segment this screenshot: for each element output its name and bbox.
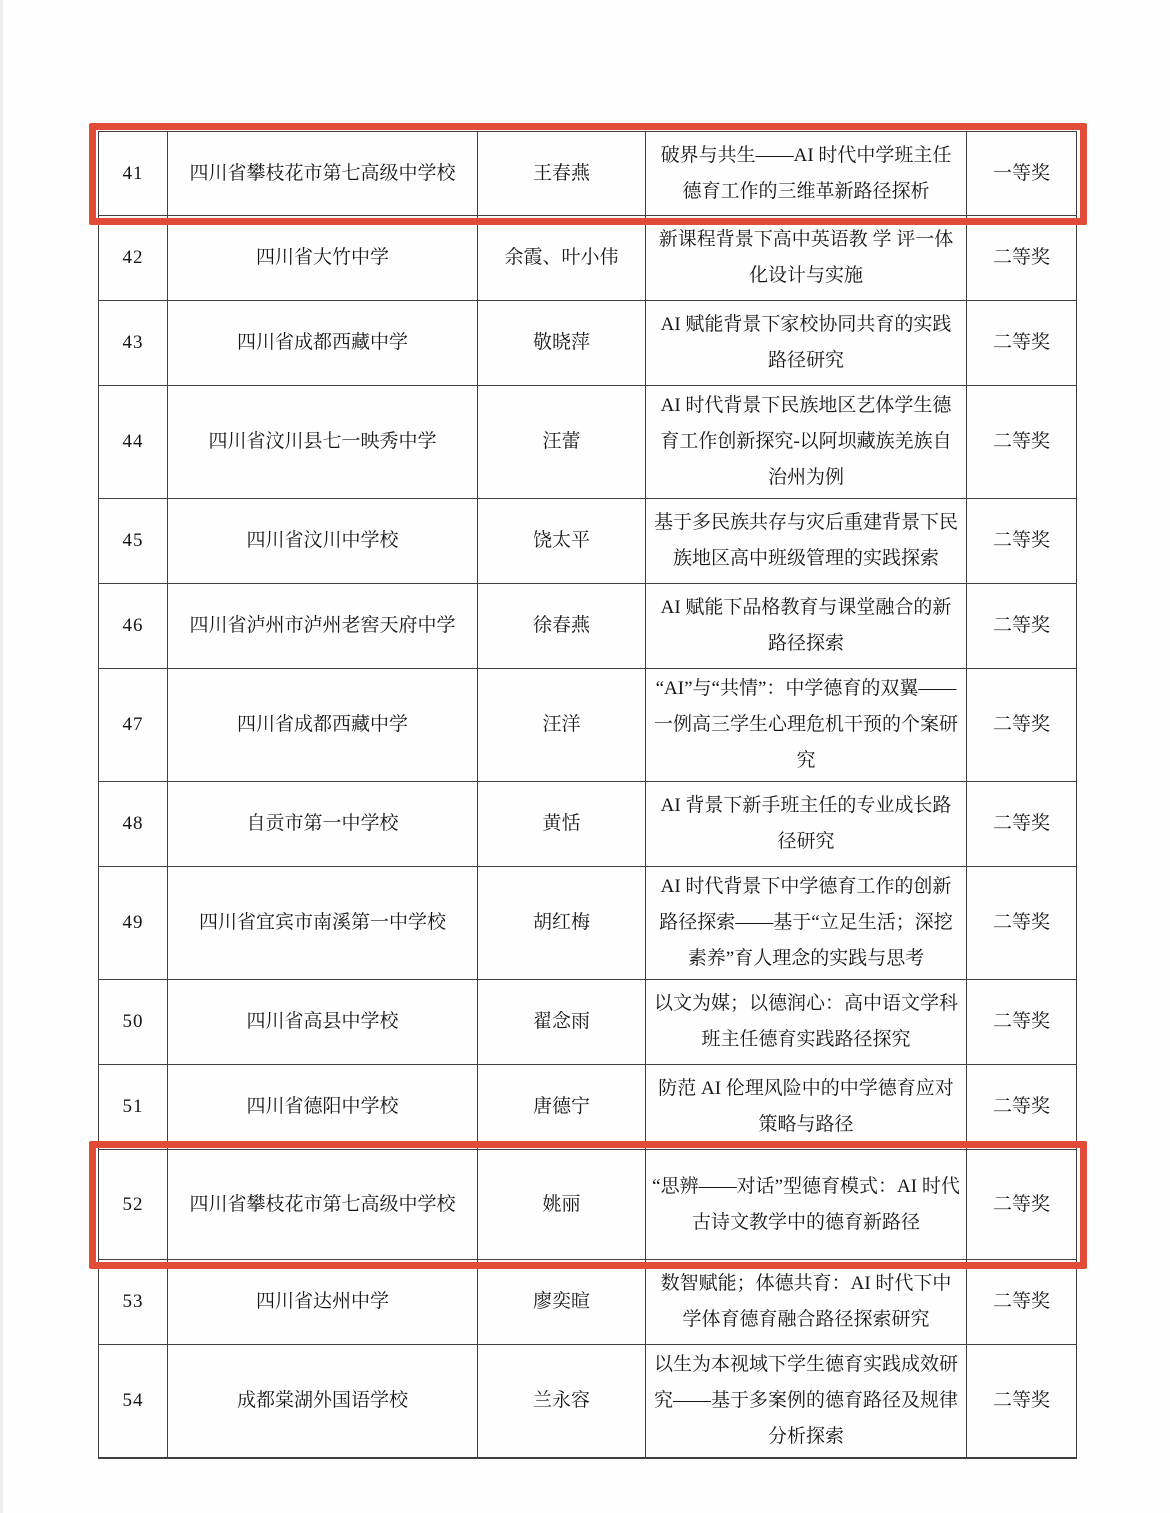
table-row: 52 四川省攀枝花市第七高级中学校 姚丽 “思辨——对话”型德育模式：AI 时代… xyxy=(99,1150,1077,1260)
cell-award: 二等奖 xyxy=(967,1150,1077,1260)
cell-award: 二等奖 xyxy=(967,1345,1077,1459)
cell-title: 基于多民族共存与灾后重建背景下民族地区高中班级管理的实践探索 xyxy=(646,499,967,584)
cell-author: 汪蕾 xyxy=(478,386,646,499)
cell-author: 姚丽 xyxy=(478,1150,646,1260)
cell-school: 自贡市第一中学校 xyxy=(168,782,478,867)
cell-school: 四川省达州中学 xyxy=(168,1260,478,1345)
cell-row-number: 47 xyxy=(99,669,168,782)
cell-award: 二等奖 xyxy=(967,584,1077,669)
cell-school: 四川省成都西藏中学 xyxy=(168,301,478,386)
cell-author: 廖奕暄 xyxy=(478,1260,646,1345)
cell-award: 二等奖 xyxy=(967,499,1077,584)
table-row: 43 四川省成都西藏中学 敬晓萍 AI 赋能背景下家校协同共育的实践路径研究 二… xyxy=(99,301,1077,386)
cell-school: 四川省汶川县七一映秀中学 xyxy=(168,386,478,499)
table-row: 44 四川省汶川县七一映秀中学 汪蕾 AI 时代背景下民族地区艺体学生德育工作创… xyxy=(99,386,1077,499)
page-edge-shadow xyxy=(0,0,3,1513)
cell-award: 二等奖 xyxy=(967,867,1077,980)
cell-author: 敬晓萍 xyxy=(478,301,646,386)
cell-award: 二等奖 xyxy=(967,980,1077,1065)
cell-award: 二等奖 xyxy=(967,1065,1077,1150)
cell-school: 四川省高县中学校 xyxy=(168,980,478,1065)
cell-award: 二等奖 xyxy=(967,1260,1077,1345)
cell-row-number: 53 xyxy=(99,1260,168,1345)
cell-award: 二等奖 xyxy=(967,216,1077,301)
cell-author: 余霞、叶小伟 xyxy=(478,216,646,301)
awards-table-wrap: 41 四川省攀枝花市第七高级中学校 王春燕 破界与共生——AI 时代中学班主任德… xyxy=(98,131,1076,1459)
cell-school: 四川省德阳中学校 xyxy=(168,1065,478,1150)
cell-school: 成都棠湖外国语学校 xyxy=(168,1345,478,1459)
cell-school: 四川省泸州市泸州老窖天府中学 xyxy=(168,584,478,669)
cell-school: 四川省宜宾市南溪第一中学校 xyxy=(168,867,478,980)
table-row: 45 四川省汶川中学校 饶太平 基于多民族共存与灾后重建背景下民族地区高中班级管… xyxy=(99,499,1077,584)
cell-award: 二等奖 xyxy=(967,669,1077,782)
cell-row-number: 52 xyxy=(99,1150,168,1260)
cell-row-number: 50 xyxy=(99,980,168,1065)
cell-row-number: 51 xyxy=(99,1065,168,1150)
table-row: 48 自贡市第一中学校 黄恬 AI 背景下新手班主任的专业成长路径研究 二等奖 xyxy=(99,782,1077,867)
cell-title: “AI”与“共情”：中学德育的双翼——一例高三学生心理危机干预的个案研究 xyxy=(646,669,967,782)
table-row: 49 四川省宜宾市南溪第一中学校 胡红梅 AI 时代背景下中学德育工作的创新路径… xyxy=(99,867,1077,980)
cell-author: 翟念雨 xyxy=(478,980,646,1065)
cell-title: AI 时代背景下中学德育工作的创新路径探索——基于“立足生活；深挖素养”育人理念… xyxy=(646,867,967,980)
cell-row-number: 54 xyxy=(99,1345,168,1459)
cell-school: 四川省攀枝花市第七高级中学校 xyxy=(168,132,478,216)
cell-title: 以文为媒；以德润心：高中语文学科班主任德育实践路径探究 xyxy=(646,980,967,1065)
cell-row-number: 45 xyxy=(99,499,168,584)
cell-school: 四川省汶川中学校 xyxy=(168,499,478,584)
cell-title: AI 赋能下品格教育与课堂融合的新路径探索 xyxy=(646,584,967,669)
cell-award: 二等奖 xyxy=(967,782,1077,867)
cell-title: AI 背景下新手班主任的专业成长路径研究 xyxy=(646,782,967,867)
table-row: 47 四川省成都西藏中学 汪洋 “AI”与“共情”：中学德育的双翼——一例高三学… xyxy=(99,669,1077,782)
cell-school: 四川省攀枝花市第七高级中学校 xyxy=(168,1150,478,1260)
cell-row-number: 43 xyxy=(99,301,168,386)
cell-row-number: 48 xyxy=(99,782,168,867)
table-row: 54 成都棠湖外国语学校 兰永容 以生为本视域下学生德育实践成效研究——基于多案… xyxy=(99,1345,1077,1459)
table-row: 46 四川省泸州市泸州老窖天府中学 徐春燕 AI 赋能下品格教育与课堂融合的新路… xyxy=(99,584,1077,669)
awards-table-body: 41 四川省攀枝花市第七高级中学校 王春燕 破界与共生——AI 时代中学班主任德… xyxy=(99,132,1077,1459)
cell-school: 四川省大竹中学 xyxy=(168,216,478,301)
cell-row-number: 44 xyxy=(99,386,168,499)
table-row: 51 四川省德阳中学校 唐德宁 防范 AI 伦理风险中的中学德育应对策略与路径 … xyxy=(99,1065,1077,1150)
cell-author: 黄恬 xyxy=(478,782,646,867)
cell-row-number: 46 xyxy=(99,584,168,669)
cell-title: 防范 AI 伦理风险中的中学德育应对策略与路径 xyxy=(646,1065,967,1150)
cell-award: 二等奖 xyxy=(967,386,1077,499)
table-row: 50 四川省高县中学校 翟念雨 以文为媒；以德润心：高中语文学科班主任德育实践路… xyxy=(99,980,1077,1065)
cell-title: 数智赋能；体德共育：AI 时代下中学体育德育融合路径探索研究 xyxy=(646,1260,967,1345)
cell-title: AI 赋能背景下家校协同共育的实践路径研究 xyxy=(646,301,967,386)
cell-school: 四川省成都西藏中学 xyxy=(168,669,478,782)
table-row: 41 四川省攀枝花市第七高级中学校 王春燕 破界与共生——AI 时代中学班主任德… xyxy=(99,132,1077,216)
cell-row-number: 49 xyxy=(99,867,168,980)
cell-author: 唐德宁 xyxy=(478,1065,646,1150)
cell-author: 胡红梅 xyxy=(478,867,646,980)
cell-title: 新课程背景下高中英语教 学 评一体化设计与实施 xyxy=(646,216,967,301)
document-page: 41 四川省攀枝花市第七高级中学校 王春燕 破界与共生——AI 时代中学班主任德… xyxy=(0,0,1170,1513)
cell-author: 徐春燕 xyxy=(478,584,646,669)
cell-row-number: 42 xyxy=(99,216,168,301)
cell-author: 王春燕 xyxy=(478,132,646,216)
cell-author: 汪洋 xyxy=(478,669,646,782)
cell-author: 兰永容 xyxy=(478,1345,646,1459)
cell-title: AI 时代背景下民族地区艺体学生德育工作创新探究-以阿坝藏族羌族自治州为例 xyxy=(646,386,967,499)
table-row: 53 四川省达州中学 廖奕暄 数智赋能；体德共育：AI 时代下中学体育德育融合路… xyxy=(99,1260,1077,1345)
cell-title: 破界与共生——AI 时代中学班主任德育工作的三维革新路径探析 xyxy=(646,132,967,216)
cell-title: “思辨——对话”型德育模式：AI 时代古诗文教学中的德育新路径 xyxy=(646,1150,967,1260)
cell-author: 饶太平 xyxy=(478,499,646,584)
cell-award: 二等奖 xyxy=(967,301,1077,386)
cell-row-number: 41 xyxy=(99,132,168,216)
cell-award: 一等奖 xyxy=(967,132,1077,216)
table-row: 42 四川省大竹中学 余霞、叶小伟 新课程背景下高中英语教 学 评一体化设计与实… xyxy=(99,216,1077,301)
cell-title: 以生为本视域下学生德育实践成效研究——基于多案例的德育路径及规律分析探索 xyxy=(646,1345,967,1459)
awards-table: 41 四川省攀枝花市第七高级中学校 王春燕 破界与共生——AI 时代中学班主任德… xyxy=(98,131,1077,1459)
